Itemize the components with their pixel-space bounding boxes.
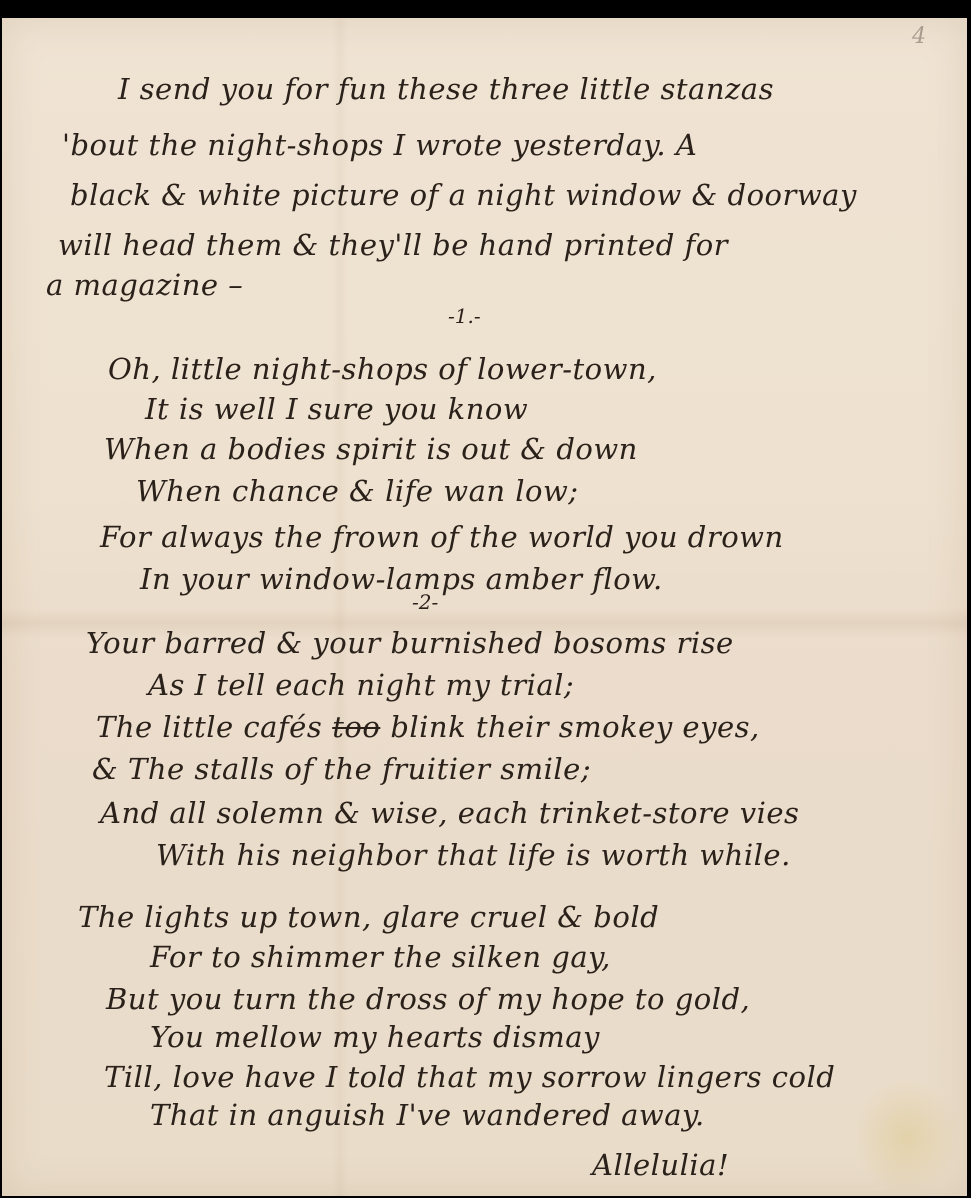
- stanza-line: Your barred & your burnished bosoms rise: [86, 626, 734, 660]
- line-text: blink their smokey eyes,: [390, 710, 759, 744]
- intro-line: will head them & they'll be hand printed…: [58, 228, 728, 262]
- stanza-line: With his neighbor that life is worth whi…: [156, 838, 791, 872]
- stanza-line: You mellow my hearts dismay: [150, 1020, 600, 1054]
- intro-line: 'bout the night-shops I wrote yesterday.…: [62, 128, 697, 162]
- stanza-line: When a bodies spirit is out & down: [104, 432, 638, 466]
- stanza-number: -2-: [412, 590, 438, 614]
- stanza-number: -1.-: [448, 304, 481, 328]
- stanza-line: For to shimmer the silken gay,: [150, 940, 611, 974]
- intro-line: I send you for fun these three little st…: [118, 72, 774, 106]
- stanza-line: But you turn the dross of my hope to gol…: [106, 982, 750, 1016]
- stanza-line: The little cafés too blink their smokey …: [96, 710, 760, 744]
- closing-exclamation: Allelulia!: [592, 1148, 729, 1182]
- stanza-line: & The stalls of the fruitier smile;: [92, 752, 591, 786]
- stanza-line: When chance & life wan low;: [136, 474, 579, 508]
- stanza-line: As I tell each night my trial;: [148, 668, 574, 702]
- stanza-line: Oh, little night-shops of lower-town,: [108, 352, 657, 386]
- stanza-line: It is well I sure you know: [145, 392, 528, 426]
- stanza-line: Till, love have I told that my sorrow li…: [104, 1060, 835, 1094]
- stanza-line: The lights up town, glare cruel & bold: [78, 900, 659, 934]
- stanza-line: In your window-lamps amber flow.: [140, 562, 663, 596]
- stanza-line: That in anguish I've wandered away.: [150, 1098, 705, 1132]
- stanza-line: For always the frown of the world you dr…: [100, 520, 784, 554]
- struck-word: too: [332, 710, 380, 744]
- intro-line: a magazine –: [46, 268, 243, 302]
- paper-stain: [852, 1078, 962, 1198]
- stanza-line: And all solemn & wise, each trinket-stor…: [100, 796, 799, 830]
- intro-line: black & white picture of a night window …: [70, 178, 857, 212]
- line-text: The little cafés: [96, 710, 322, 744]
- page-number-mark: 4: [912, 24, 926, 49]
